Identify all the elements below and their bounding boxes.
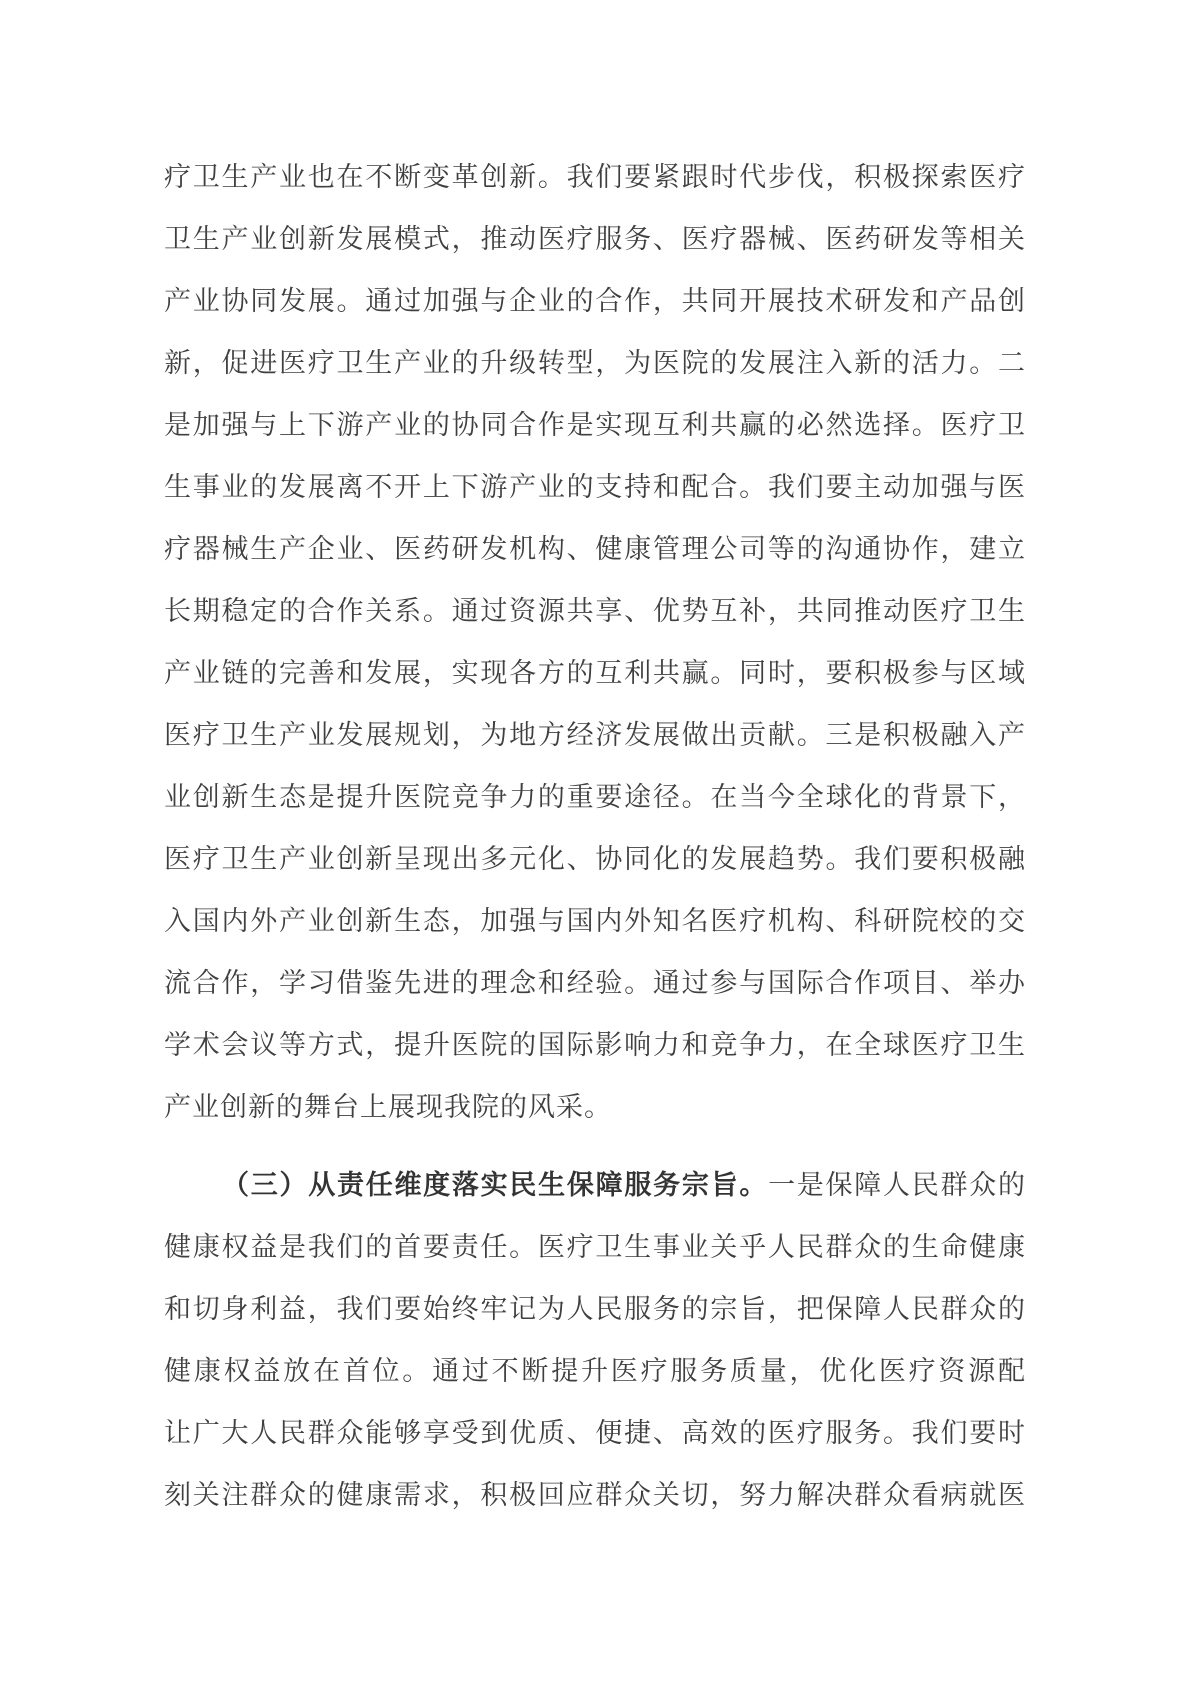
document-page: 疗卫生产业也在不断变革创新。我们要紧跟时代步伐，积极探索医疗卫生产业创新发展模式… <box>0 0 1190 1683</box>
section-heading: （三）从责任维度落实民生保障服务宗旨。 <box>222 1170 768 1200</box>
text-line: 医疗卫生产业创新呈现出多元化、协同化的发展趋势。我们要积极融 <box>164 828 1026 890</box>
text-line: 疗器械生产企业、医药研发机构、健康管理公司等的沟通协作，建立 <box>164 518 1026 580</box>
text-line: 产业创新的舞台上展现我院的风采。 <box>164 1076 1026 1138</box>
text-line: 医疗卫生产业发展规划，为地方经济发展做出贡献。三是积极融入产 <box>164 704 1026 766</box>
document-body: 疗卫生产业也在不断变革创新。我们要紧跟时代步伐，积极探索医疗卫生产业创新发展模式… <box>164 146 1026 1526</box>
text-line: 是加强与上下游产业的协同合作是实现互利共赢的必然选择。医疗卫 <box>164 394 1026 456</box>
text-line: 健康权益是我们的首要责任。医疗卫生事业关乎人民群众的生命健康 <box>164 1216 1026 1278</box>
text-line: 让广大人民群众能够享受到优质、便捷、高效的医疗服务。我们要时 <box>164 1402 1026 1464</box>
text-line: 卫生产业创新发展模式，推动医疗服务、医疗器械、医药研发等相关 <box>164 208 1026 270</box>
body-text: 一是保障人民群众的 <box>768 1170 1026 1200</box>
text-line: 新，促进医疗卫生产业的升级转型，为医院的发展注入新的活力。二 <box>164 332 1026 394</box>
text-line: 产业链的完善和发展，实现各方的互利共赢。同时，要积极参与区域 <box>164 642 1026 704</box>
text-line: 刻关注群众的健康需求，积极回应群众关切，努力解决群众看病就医 <box>164 1464 1026 1526</box>
text-line: 疗卫生产业也在不断变革创新。我们要紧跟时代步伐，积极探索医疗 <box>164 146 1026 208</box>
paragraph-industry-innovation: 疗卫生产业也在不断变革创新。我们要紧跟时代步伐，积极探索医疗卫生产业创新发展模式… <box>164 146 1026 1138</box>
text-line: 学术会议等方式，提升医院的国际影响力和竞争力，在全球医疗卫生 <box>164 1014 1026 1076</box>
text-line: 流合作，学习借鉴先进的理念和经验。通过参与国际合作项目、举办 <box>164 952 1026 1014</box>
text-line: 产业协同发展。通过加强与企业的合作，共同开展技术研发和产品创 <box>164 270 1026 332</box>
text-line: 入国内外产业创新生态，加强与国内外知名医疗机构、科研院校的交 <box>164 890 1026 952</box>
paragraph-livelihood-responsibility: （三）从责任维度落实民生保障服务宗旨。一是保障人民群众的健康权益是我们的首要责任… <box>164 1154 1026 1526</box>
text-line: （三）从责任维度落实民生保障服务宗旨。一是保障人民群众的 <box>164 1154 1026 1216</box>
text-line: 长期稳定的合作关系。通过资源共享、优势互补，共同推动医疗卫生 <box>164 580 1026 642</box>
text-line: 和切身利益，我们要始终牢记为人民服务的宗旨，把保障人民群众的 <box>164 1278 1026 1340</box>
text-line: 业创新生态是提升医院竞争力的重要途径。在当今全球化的背景下， <box>164 766 1026 828</box>
text-line: 生事业的发展离不开上下游产业的支持和配合。我们要主动加强与医 <box>164 456 1026 518</box>
text-line: 健康权益放在首位。通过不断提升医疗服务质量，优化医疗资源配置， <box>164 1340 1026 1402</box>
